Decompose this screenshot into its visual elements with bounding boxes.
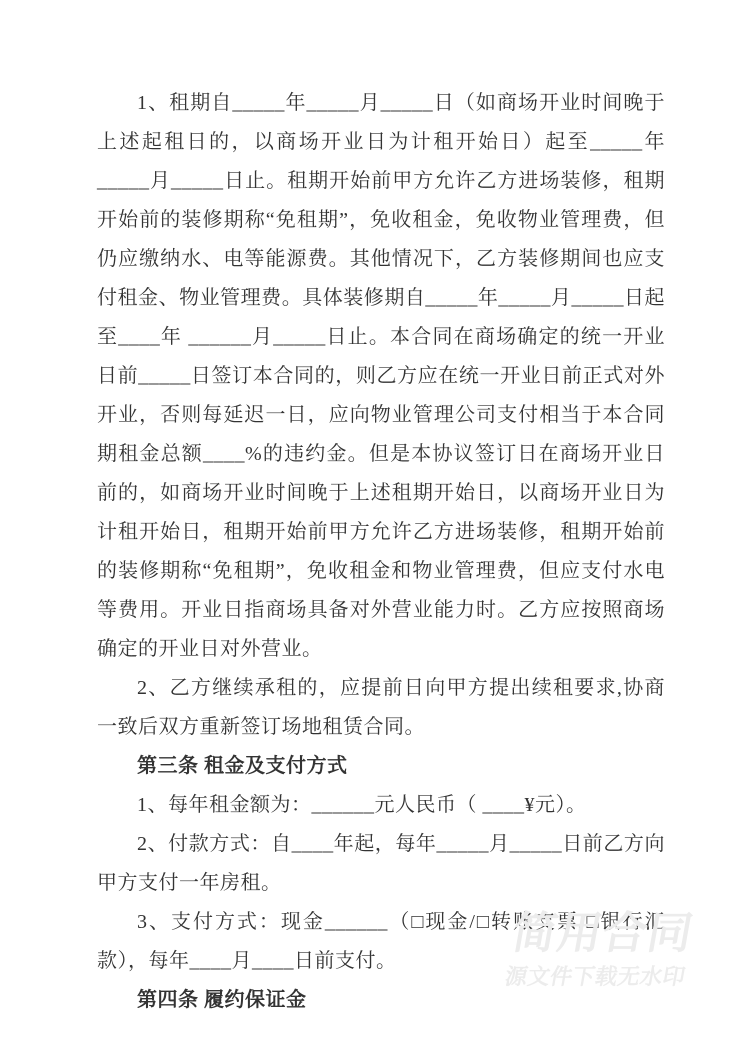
clause-renewal: 2、乙方继续承租的，应提前日向甲方提出续租要求,协商一致后双方重新签订场地租赁合…	[97, 669, 665, 747]
section-heading-article-3: 第三条 租金及支付方式	[97, 747, 665, 786]
clause-payment-schedule: 2、付款方式：自____年起，每年_____月_____日前乙方向甲方支付一年房…	[97, 825, 665, 903]
document-body: 1、租期自_____年_____月_____日（如商场开业时间晚于上述起租日的，…	[97, 84, 665, 1020]
clause-annual-rent: 1、每年租金额为：______元人民币（ ____¥元）。	[97, 786, 665, 825]
section-heading-article-4: 第四条 履约保证金	[97, 981, 665, 1020]
clause-payment-method: 3、支付方式：现金______（□现金/□转账支票/□银行汇款），每年____月…	[97, 903, 665, 981]
contract-page: 1、租期自_____年_____月_____日（如商场开业时间晚于上述起租日的，…	[0, 0, 742, 1049]
clause-rent-term: 1、租期自_____年_____月_____日（如商场开业时间晚于上述起租日的，…	[97, 84, 665, 669]
